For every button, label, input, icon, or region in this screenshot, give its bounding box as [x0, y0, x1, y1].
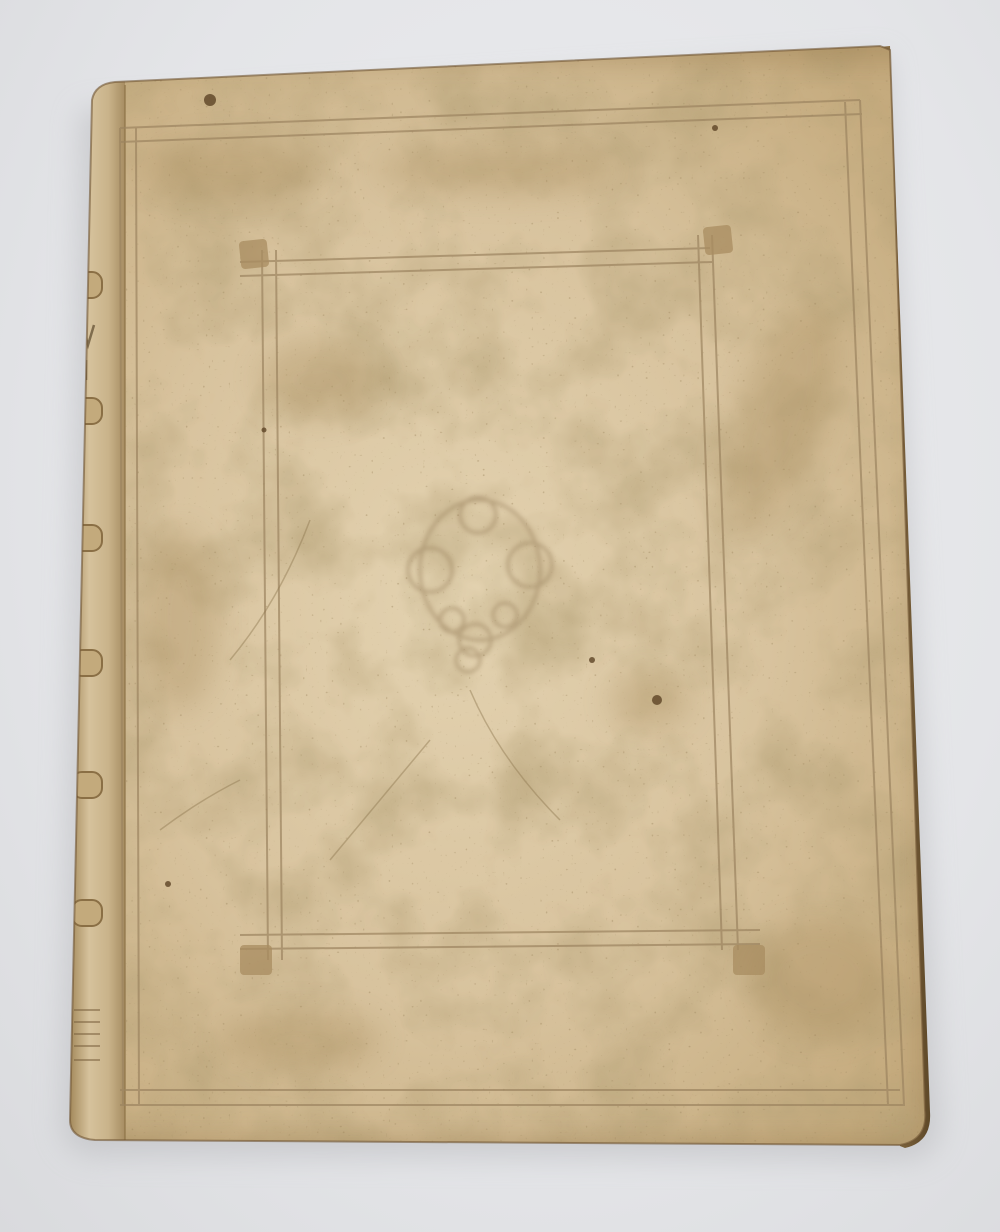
front-cover [60, 40, 940, 1160]
book-photo [0, 0, 1000, 1232]
